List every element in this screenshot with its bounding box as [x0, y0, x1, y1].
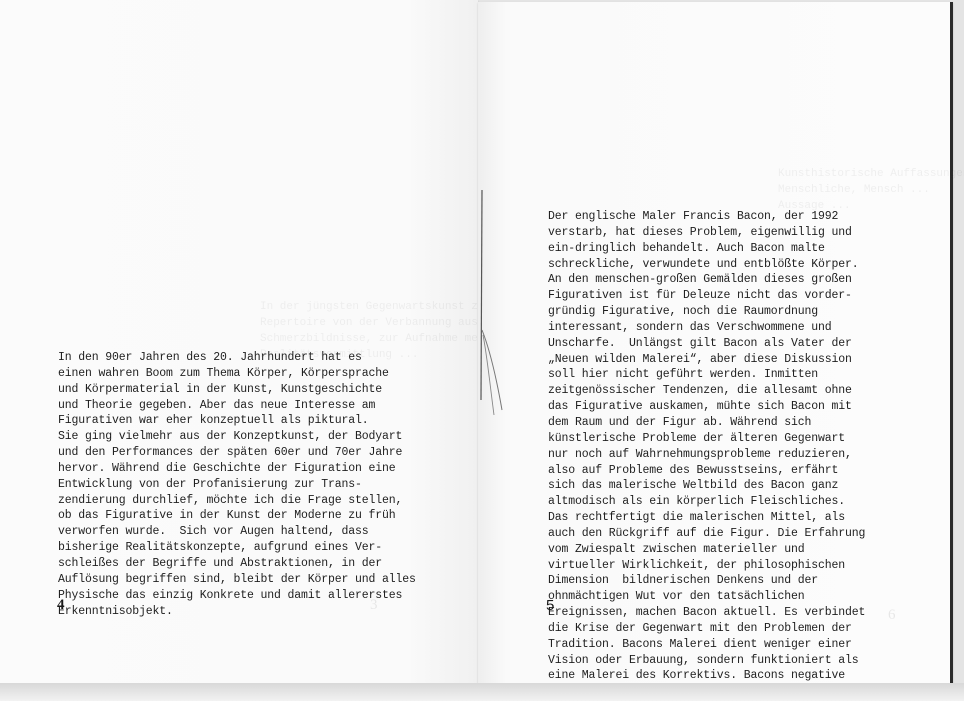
text-line: das Figurative auskamen, mühte sich Baco… — [548, 399, 865, 415]
text-line: eine Malerei des Korrektivs. Bacons nega… — [548, 668, 865, 684]
text-line: ob das Figurative in der Kunst der Moder… — [58, 508, 416, 524]
left-page-body-text: In den 90er Jahren des 20. Jahrhundert h… — [58, 350, 416, 619]
text-line: Erkenntnisobjekt. — [58, 604, 416, 620]
show-through-page-number: 6 — [888, 607, 896, 624]
text-line: „Neuen wilden Malerei“, aber diese Disku… — [548, 352, 865, 368]
text-line: schreckliche, verwundete und entblößte K… — [548, 257, 865, 273]
text-line: altmodisch als ein körperlich Fleischlic… — [548, 494, 865, 510]
booklet-spread: In der jüngsten Gegenwartskunst zeichnet… — [0, 0, 964, 701]
text-line: künstlerische Probleme der älteren Gegen… — [548, 431, 865, 447]
scanner-background — [0, 683, 964, 701]
text-line: Entwicklung von der Profanisierung zur T… — [58, 477, 416, 493]
text-line: An den menschen-großen Gemälden dieses g… — [548, 272, 865, 288]
text-line: ein-dringlich behandelt. Auch Bacon malt… — [548, 241, 865, 257]
text-line: interessant, sondern das Verschwommene u… — [548, 320, 865, 336]
text-line: hervor. Während die Geschichte der Figur… — [58, 461, 416, 477]
text-line: schleißes der Begriffe und Abstraktionen… — [58, 556, 416, 572]
text-line: bisherige Realitätskonzepte, aufgrund ei… — [58, 540, 416, 556]
page-number-left: 4 — [57, 597, 65, 614]
text-line: Das rechtfertigt die malerischen Mittel,… — [548, 510, 865, 526]
text-line: nur noch auf Wahrnehmungsprobleme reduzi… — [548, 447, 865, 463]
text-line: zeitgenössischer Tendenzen, die allesamt… — [548, 383, 865, 399]
text-line: Figurativen ist für Deleuze nicht das vo… — [548, 288, 865, 304]
text-line: und Körpermaterial in der Kunst, Kunstge… — [58, 382, 416, 398]
text-line: also auf Probleme des Bewusstseins, erfä… — [548, 463, 865, 479]
text-line: Auflösung begriffen sind, bleibt der Kör… — [58, 572, 416, 588]
text-line: verworfen wurde. Sich vor Augen haltend,… — [58, 524, 416, 540]
text-line: und den Performances der späten 60er und… — [58, 445, 416, 461]
text-line: gründig Figurative, noch die Raumordnung — [548, 304, 865, 320]
text-line: einen wahren Boom zum Thema Körper, Körp… — [58, 366, 416, 382]
left-page: In der jüngsten Gegenwartskunst zeichnet… — [0, 0, 478, 683]
text-line: Ereignissen, machen Bacon aktuell. Es ve… — [548, 605, 865, 621]
text-line: zendierung durchlief, möchte ich die Fra… — [58, 493, 416, 509]
right-page-body-text: Der englische Maler Francis Bacon, der 1… — [548, 209, 865, 700]
text-line: vom Zwiespalt zwischen materieller und — [548, 542, 865, 558]
text-line: Dimension bildnerischen Denkens und der — [548, 573, 865, 589]
text-line: dem Raum und der Figur ab. Während sich — [548, 415, 865, 431]
text-line: und Theorie gegeben. Aber das neue Inter… — [58, 398, 416, 414]
right-page: Kunsthistorische Auffassungen, aber ... … — [478, 2, 953, 688]
page-number-right: 5 — [546, 597, 554, 614]
text-line: Der englische Maler Francis Bacon, der 1… — [548, 209, 865, 225]
text-line: In den 90er Jahren des 20. Jahrhundert h… — [58, 350, 416, 366]
text-line: Figurativen war eher konzeptuell als pik… — [58, 413, 416, 429]
text-line: Sie ging vielmehr aus der Konzeptkunst, … — [58, 429, 416, 445]
text-line: virtueller Wirklichkeit, der philosophis… — [548, 558, 865, 574]
text-line: Unscharfe. Unlängst gilt Bacon als Vater… — [548, 336, 865, 352]
text-line: Vision oder Erbauung, sondern funktionie… — [548, 653, 865, 669]
show-through-text: Kunsthistorische Auffassungen, aber ... … — [778, 167, 964, 215]
text-line: verstarb, hat dieses Problem, eigenwilli… — [548, 225, 865, 241]
text-line: die Krise der Gegenwart mit den Probleme… — [548, 621, 865, 637]
text-line: Tradition. Bacons Malerei dient weniger … — [548, 637, 865, 653]
text-line: Physische das einzig Konkrete und damit … — [58, 588, 416, 604]
text-line: ohnmächtigen Wut vor den tatsächlichen — [548, 589, 865, 605]
text-line: auch den Rückgriff auf die Figur. Die Er… — [548, 526, 865, 542]
text-line: soll hier nicht geführt werden. Inmitten — [548, 367, 865, 383]
text-line: sich das malerische Weltbild des Bacon g… — [548, 478, 865, 494]
